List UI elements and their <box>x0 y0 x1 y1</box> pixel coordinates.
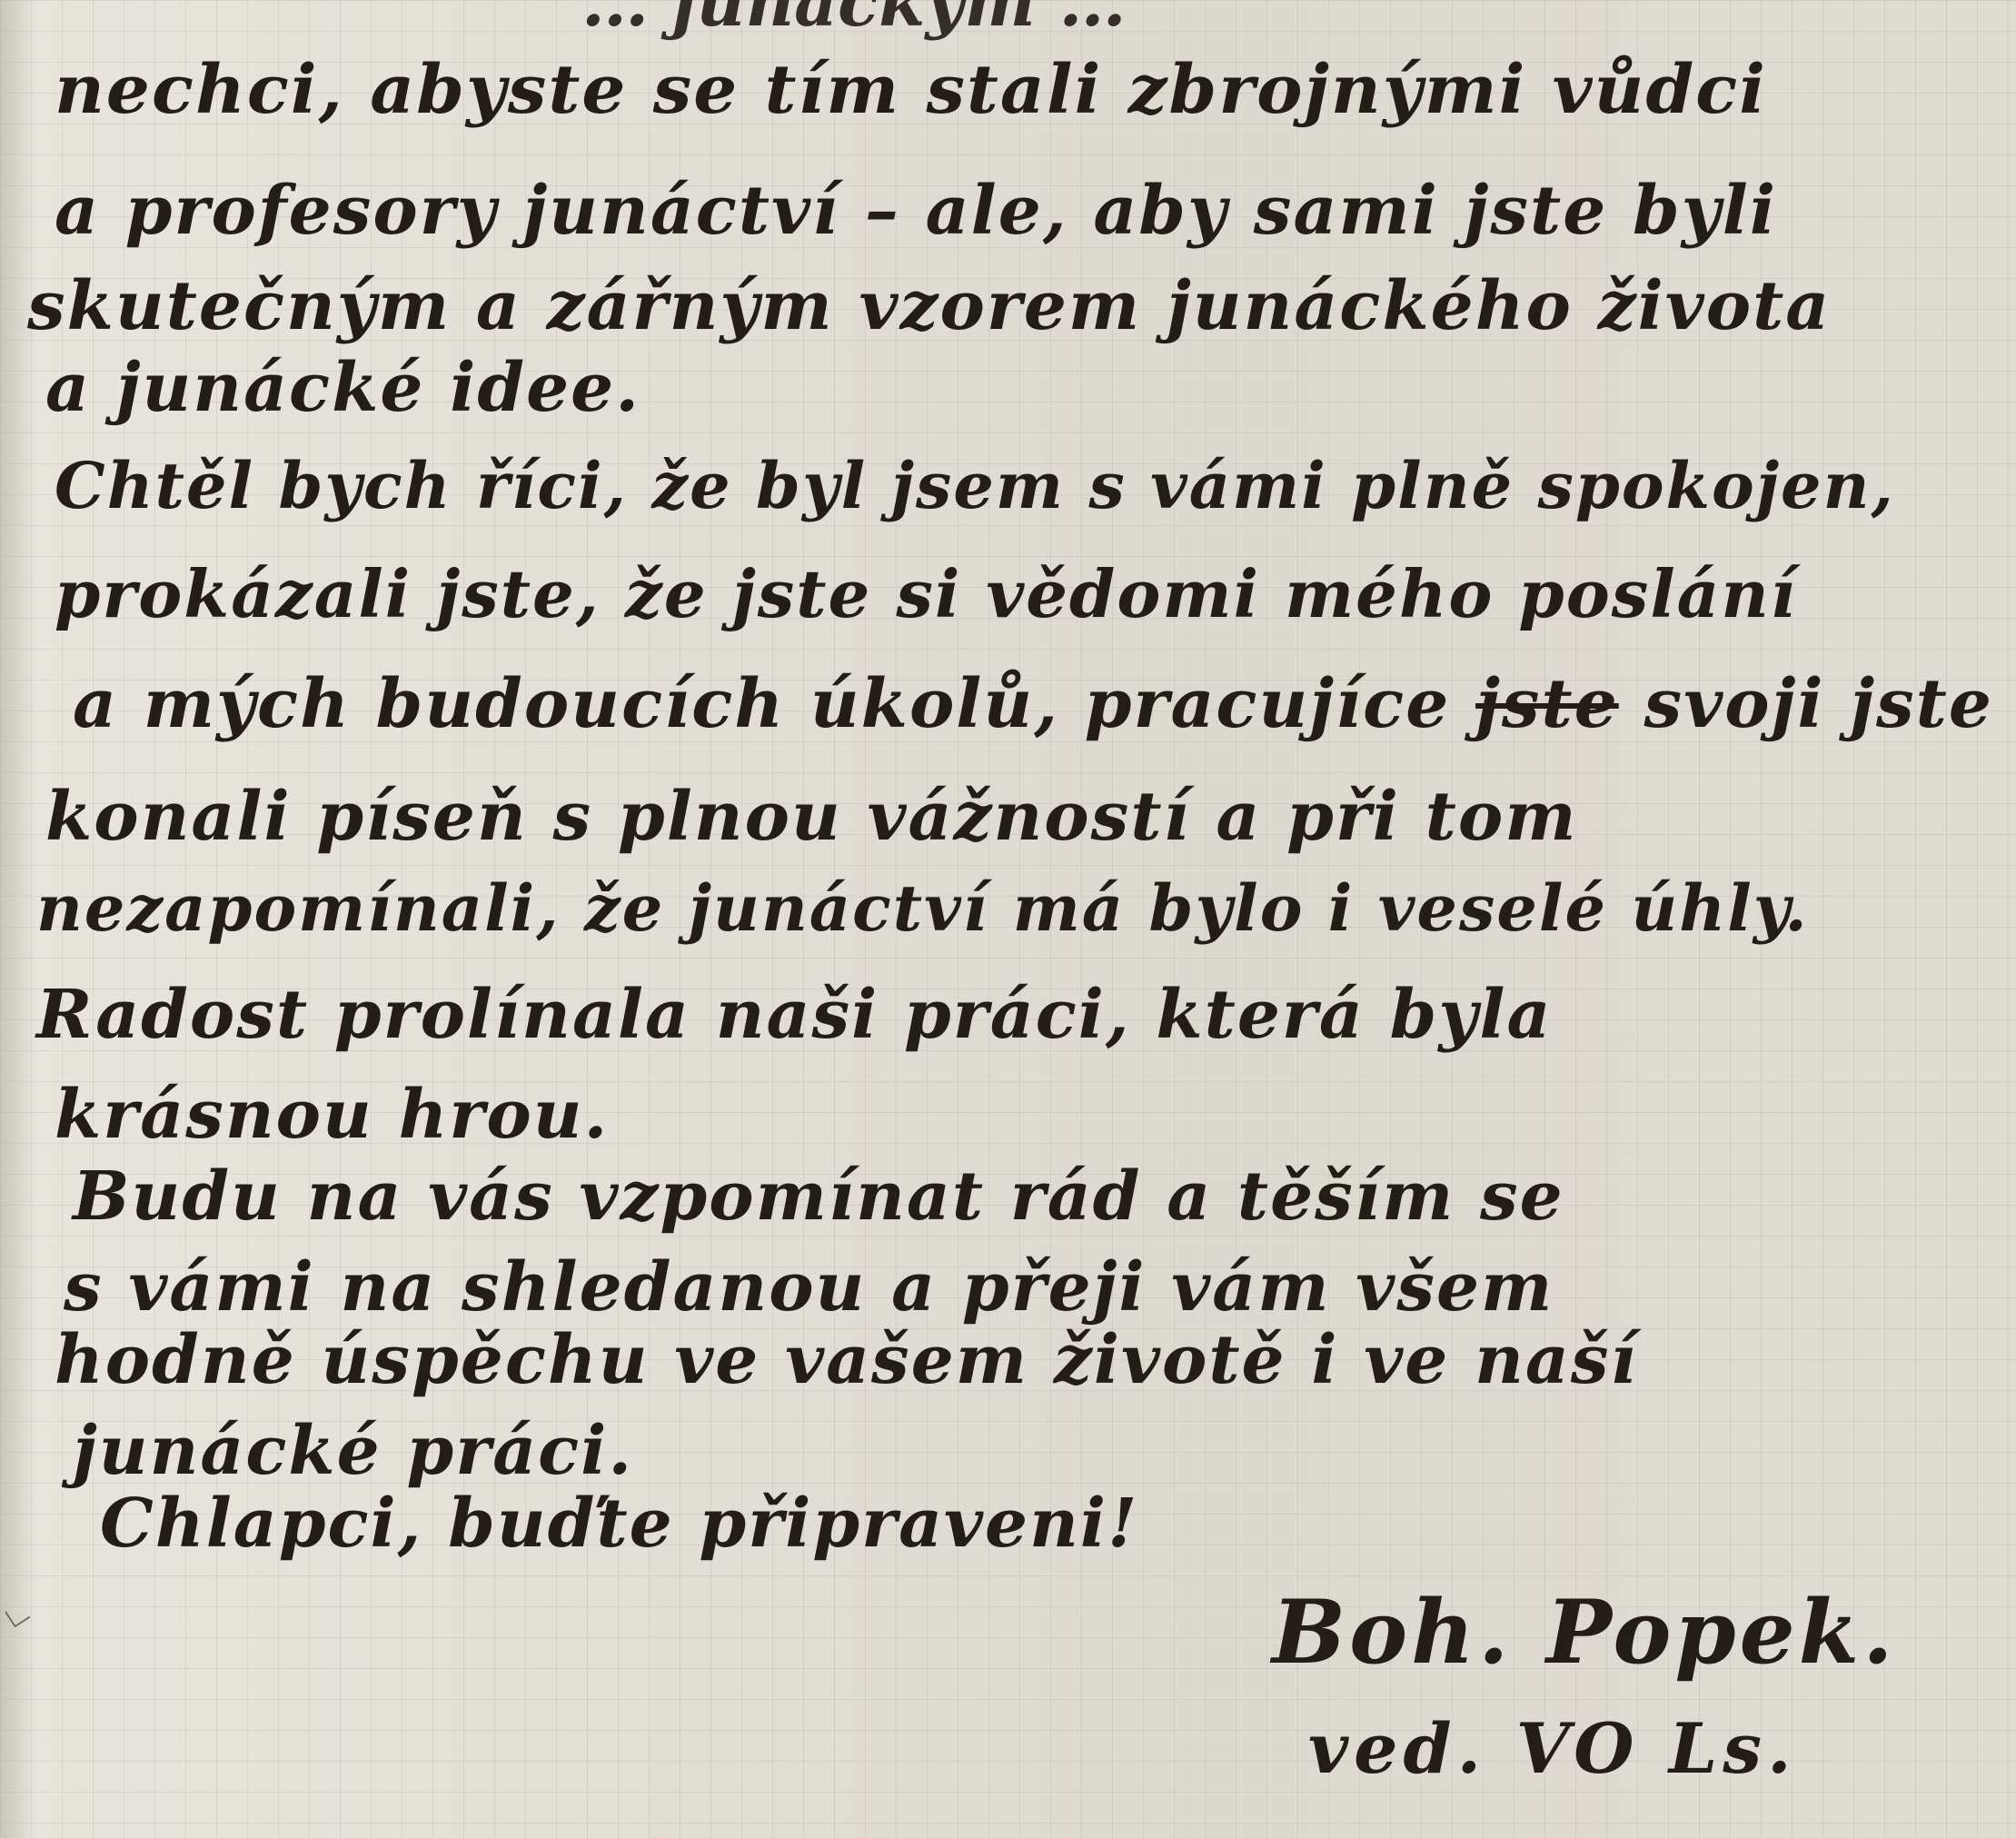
letter-line-12: Budu na vás vzpomínat rád a těším se <box>73 1163 1564 1230</box>
letter-line-14: hodně úspěchu ve vašem životě i ve naší <box>55 1326 1638 1394</box>
letter-line-6: prokázali jste, že jste si vědomi mého p… <box>55 561 1797 627</box>
letter-page: … junáckým … nechci, abyste se tím stali… <box>0 0 2016 1838</box>
letter-line-13: s vámi na shledanou a přeji vám všem <box>64 1254 1554 1321</box>
letter-line-9: nezapomínali, že junáctví má bylo i vese… <box>36 877 1809 940</box>
letter-line-1: nechci, abyste se tím stali zbrojnými vů… <box>55 56 1767 124</box>
signature-role: ved. VO Ls. <box>1308 1708 1797 1789</box>
letter-line-8: konali píseň s plnou vážností a při tom <box>45 783 1578 850</box>
letter-line-7-tail: svoji jste <box>1644 665 1993 743</box>
cut-off-top-line: … junáckým … <box>581 0 1126 42</box>
letter-line-4: a junácké idee. <box>45 354 641 422</box>
letter-line-10: Radost prolínala naši práci, která byla <box>36 981 1552 1048</box>
letter-line-7-text: a mých budoucích úkolů, pracujíce <box>73 665 1450 743</box>
struck-out-word: jste <box>1475 665 1619 743</box>
signature-name: Boh. Popek. <box>1272 1581 1897 1684</box>
letter-line-15: junácké práci. <box>73 1417 633 1485</box>
letter-line-3: skutečným a zářným vzorem junáckého živo… <box>27 273 1831 340</box>
letter-line-11: krásnou hrou. <box>55 1081 609 1148</box>
letter-line-5: Chtěl bych říci, že byl jsem s vámi plně… <box>55 454 1895 518</box>
letter-line-7: a mých budoucích úkolů, pracujíce jste s… <box>73 671 1993 738</box>
letter-line-2: a profesory junáctví – ale, aby sami jst… <box>55 177 1777 244</box>
letter-line-16-closing: Chlapci, buďte připraveni! <box>100 1490 1139 1557</box>
